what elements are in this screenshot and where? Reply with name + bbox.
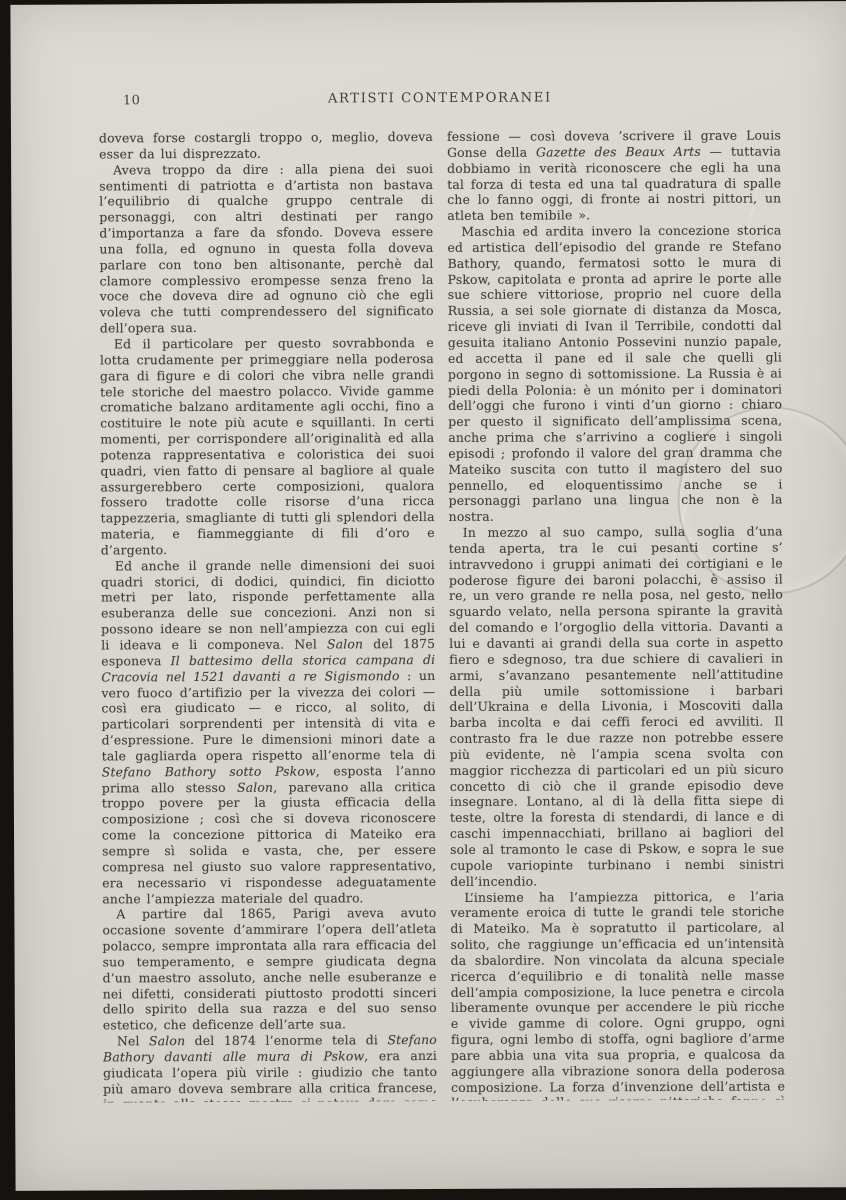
text-column-right: fessione — così doveva ’scrivere il grav… bbox=[447, 127, 785, 1100]
scan-background: 10 ARTISTI CONTEMPORANEI doveva forse co… bbox=[0, 0, 846, 1200]
text-run: Aveva troppo da dire : alla piena dei su… bbox=[99, 161, 434, 336]
running-title: ARTISTI CONTEMPORANEI bbox=[99, 89, 781, 107]
paragraph: Maschia ed ardita invero la concezione s… bbox=[447, 223, 782, 525]
text-run: L’insieme ha l’ampiezza pittorica, e l’a… bbox=[450, 888, 785, 1101]
text-run: Ed il particolare per questo sovrabbonda… bbox=[100, 335, 435, 557]
paragraph: Ed il particolare per questo sovrabbonda… bbox=[100, 335, 435, 558]
italic-text-run: Gazette des Beaux Arts bbox=[536, 144, 701, 160]
text-run: Maschia ed ardita invero la concezione s… bbox=[447, 223, 782, 525]
paragraph: In mezzo al suo campo, sulla soglia d’un… bbox=[449, 524, 785, 890]
text-run: doveva forse costargli troppo o, meglio,… bbox=[99, 129, 433, 161]
text-run: Nel bbox=[117, 1033, 149, 1048]
text-run: , parevano alla critica troppo povere pe… bbox=[102, 779, 436, 906]
text-run: A partire dal 1865, Parigi aveva avuto o… bbox=[102, 905, 436, 1032]
paragraph: fessione — così doveva ’scrivere il grav… bbox=[447, 127, 781, 224]
page-sheet: 10 ARTISTI CONTEMPORANEI doveva forse co… bbox=[10, 1, 846, 1191]
page-header: 10 ARTISTI CONTEMPORANEI bbox=[99, 89, 781, 110]
paragraph: Aveva troppo da dire : alla piena dei su… bbox=[99, 161, 434, 337]
text-run: In mezzo al suo campo, sulla soglia d’un… bbox=[449, 524, 784, 889]
text-column-left: doveva forse costargli troppo o, meglio,… bbox=[99, 129, 437, 1102]
paragraph: Nel Salon del 1874 l’enorme tela di Stef… bbox=[103, 1032, 437, 1102]
page-number: 10 bbox=[123, 93, 141, 108]
paragraph: L’insieme ha l’ampiezza pittorica, e l’a… bbox=[450, 888, 785, 1101]
page-content: 10 ARTISTI CONTEMPORANEI doveva forse co… bbox=[99, 89, 785, 1102]
italic-text-run: Salon bbox=[327, 636, 363, 651]
paragraph: A partire dal 1865, Parigi aveva avuto o… bbox=[102, 905, 437, 1033]
text-columns: doveva forse costargli troppo o, meglio,… bbox=[99, 127, 785, 1102]
text-run: del 1874 l’enorme tela di bbox=[185, 1032, 387, 1048]
paragraph: doveva forse costargli troppo o, meglio,… bbox=[99, 129, 433, 162]
italic-text-run: Stefano Bathory sotto Pskow bbox=[102, 763, 316, 779]
italic-text-run: Salon bbox=[237, 779, 273, 794]
italic-text-run: Salon bbox=[149, 1033, 185, 1048]
paragraph: Ed anche il grande nelle dimensioni dei … bbox=[101, 557, 437, 907]
